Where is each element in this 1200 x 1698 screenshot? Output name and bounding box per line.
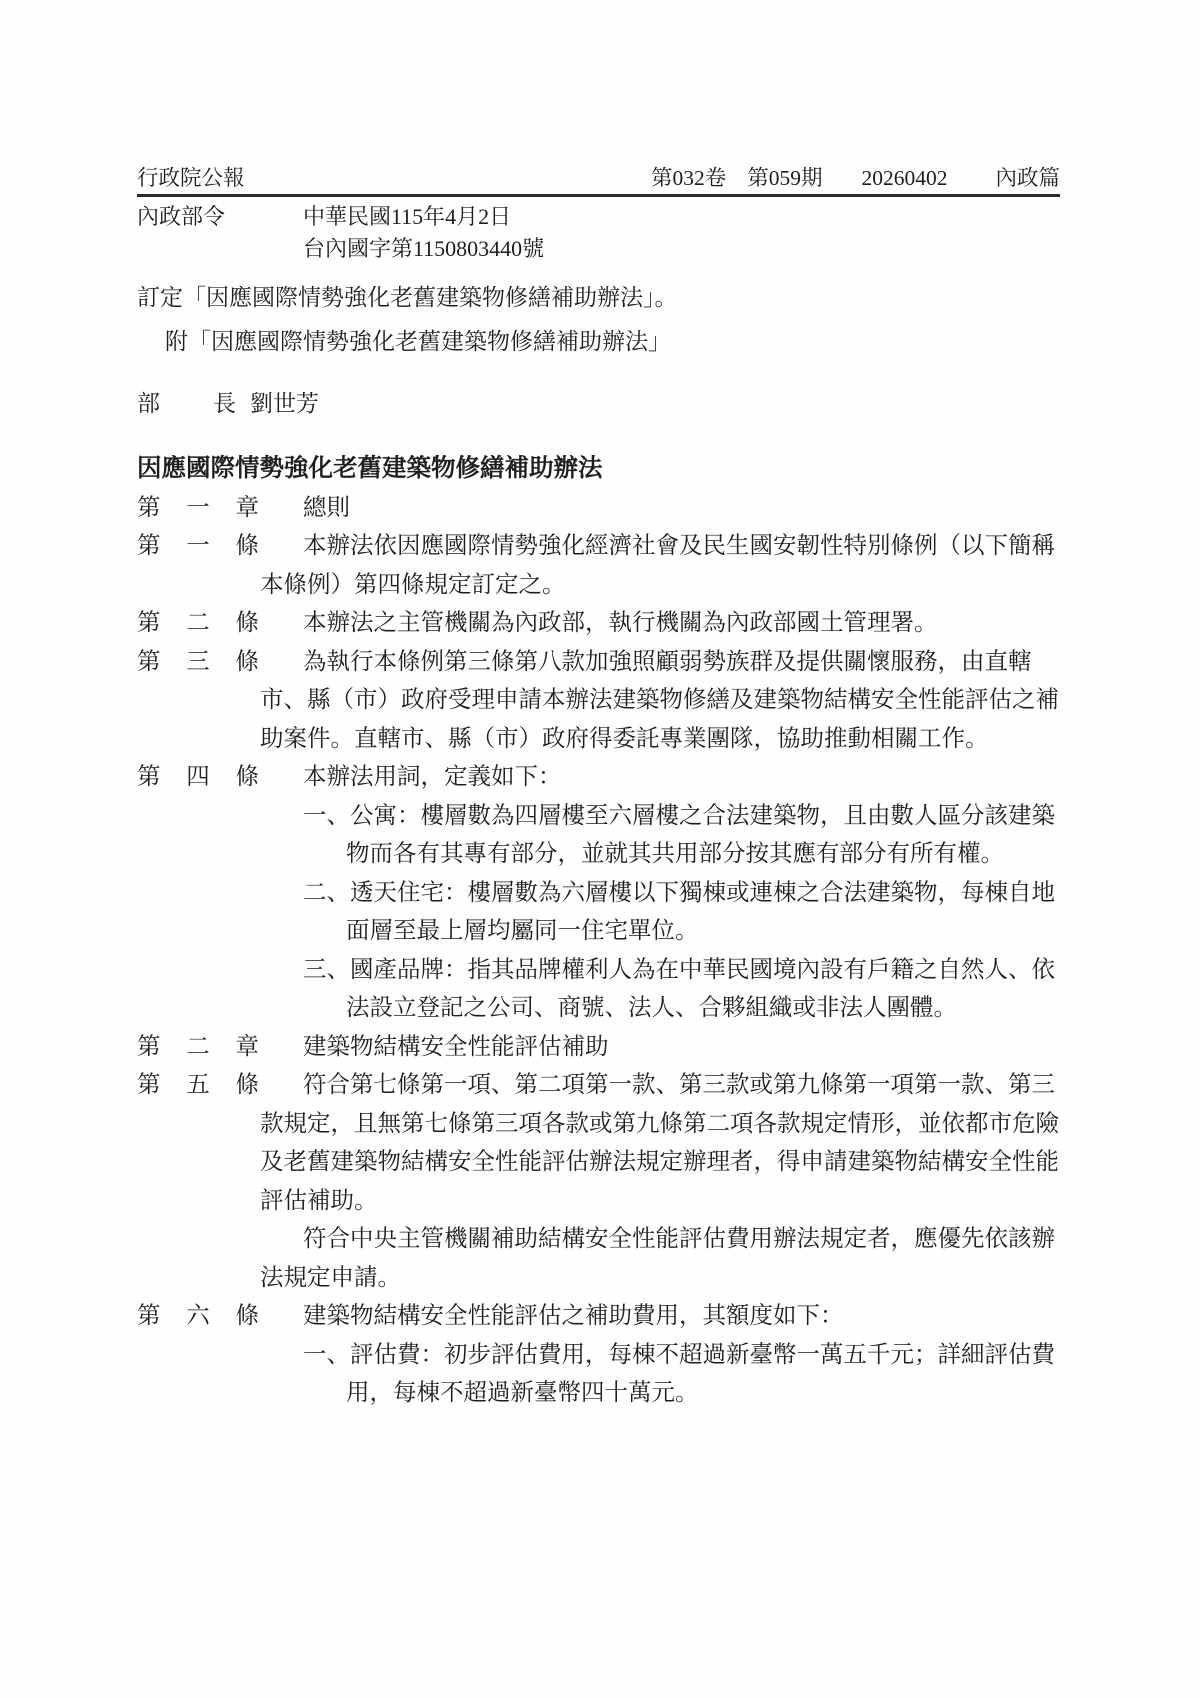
running-head-right: 第032卷 第059期 20260402 內政篇 (651, 167, 1060, 189)
article-4-item-1-text-cont: 物而各有其專有部分，並就其共用部分按其應有部分有所有權。 (137, 835, 1060, 874)
article-5-text-cont-3: 評估補助。 (137, 1182, 1060, 1221)
running-head: 行政院公報 第032卷 第059期 20260402 內政篇 (137, 167, 1060, 197)
order-heading: 內政部令 中華民國115年4月2日 台內國字第1150803440號 (137, 201, 1060, 265)
article-2-line-1: 第二條 本辦法之主管機關為內政部，執行機關為內政部國土管理署。 (137, 604, 1060, 643)
article-3-label: 第三條 (137, 643, 259, 682)
decree-statement: 訂定「因應國際情勢強化老舊建築物修繕補助辦法」。 附「因應國際情勢強化老舊建築物… (137, 279, 1060, 361)
issue-date: 20260402 (861, 167, 947, 189)
article-3-line-3: 助案件。直轄市、縣（市）政府得委託專業團隊，協助推動相關工作。 (137, 720, 1060, 759)
article-4-item-1-line-2: 物而各有其專有部分，並就其共用部分按其應有部分有所有權。 (137, 835, 1060, 874)
article-5-line-1: 第五條 符合第七條第一項、第二項第一款、第三款或第九條第一項第一款、第三 (137, 1066, 1060, 1105)
article-5-para-2-text-cont: 法規定申請。 (137, 1259, 1060, 1298)
article-4-item-1-line-1: 一、公寓：樓層數為四層樓至六層樓之合法建築物，且由數人區分該建築 (137, 797, 1060, 836)
article-2-text: 本辦法之主管機關為內政部，執行機關為內政部國土管理署。 (137, 604, 1060, 643)
section-name: 內政篇 (995, 167, 1060, 189)
article-4-label: 第四條 (137, 758, 259, 797)
chapter-2-label: 第二章 (137, 1028, 259, 1067)
gazette-page: 行政院公報 第032卷 第059期 20260402 內政篇 內政部令 中華民國… (0, 0, 1200, 1698)
article-1-text: 本辦法依因應國際情勢強化經濟社會及民生國安韌性特別條例（以下簡稱 (137, 527, 1060, 566)
issuing-agency: 內政部令 (137, 201, 303, 265)
order-date-block: 中華民國115年4月2日 台內國字第1150803440號 (303, 201, 544, 265)
article-5-line-3: 及老舊建築物結構安全性能評估辦法規定辦理者，得申請建築物結構安全性能 (137, 1143, 1060, 1182)
article-1-line-2: 本條例）第四條規定訂定之。 (137, 566, 1060, 605)
chapter-2-title: 建築物結構安全性能評估補助 (137, 1028, 1060, 1067)
article-6-line-1: 第六條 建築物結構安全性能評估之補助費用，其額度如下： (137, 1297, 1060, 1336)
article-4-item-1-text: 一、公寓：樓層數為四層樓至六層樓之合法建築物，且由數人區分該建築 (137, 797, 1060, 836)
article-4-item-2-text: 二、透天住宅：樓層數為六層樓以下獨棟或連棟之合法建築物，每棟自地 (137, 874, 1060, 913)
article-5-para-2-line-1: 符合中央主管機關補助結構安全性能評估費用辦法規定者，應優先依該辦 (137, 1220, 1060, 1259)
article-4-line-1: 第四條 本辦法用詞，定義如下： (137, 758, 1060, 797)
volume-number: 第032卷 (651, 167, 726, 189)
article-4-item-3-text: 三、國產品牌：指其品牌權利人為在中華民國境內設有戶籍之自然人、依 (137, 951, 1060, 990)
article-4-item-3-text-cont: 法設立登記之公司、商號、法人、合夥組織或非法人團體。 (137, 989, 1060, 1028)
article-3-text: 為執行本條例第三條第八款加強照顧弱勢族群及提供關懷服務，由直轄 (137, 643, 1060, 682)
article-6-label: 第六條 (137, 1297, 259, 1336)
order-ref-number: 台內國字第1150803440號 (303, 233, 544, 265)
article-4-item-3-line-1: 三、國產品牌：指其品牌權利人為在中華民國境內設有戶籍之自然人、依 (137, 951, 1060, 990)
article-1-text-cont: 本條例）第四條規定訂定之。 (137, 566, 1060, 605)
article-4-item-2-text-cont: 面層至最上層均屬同一住宅單位。 (137, 912, 1060, 951)
page-content: 行政院公報 第032卷 第059期 20260402 內政篇 內政部令 中華民國… (137, 0, 1060, 1413)
article-6-item-1-line-1: 一、評估費：初步評估費用，每棟不超過新臺幣一萬五千元；詳細評估費 (137, 1336, 1060, 1375)
article-5-text-cont-2: 及老舊建築物結構安全性能評估辦法規定辦理者，得申請建築物結構安全性能 (137, 1143, 1060, 1182)
article-5-label: 第五條 (137, 1066, 259, 1105)
article-4-item-3-line-2: 法設立登記之公司、商號、法人、合夥組織或非法人團體。 (137, 989, 1060, 1028)
article-1-line-1: 第一條 本辦法依因應國際情勢強化經濟社會及民生國安韌性特別條例（以下簡稱 (137, 527, 1060, 566)
article-4-item-2-line-2: 面層至最上層均屬同一住宅單位。 (137, 912, 1060, 951)
article-6-item-1-line-2: 用，每棟不超過新臺幣四十萬元。 (137, 1374, 1060, 1413)
article-5-text: 符合第七條第一項、第二項第一款、第三款或第九條第一項第一款、第三 (137, 1066, 1060, 1105)
article-3-line-2: 市、縣（市）政府受理申請本辦法建築物修繕及建築物結構安全性能評估之補 (137, 681, 1060, 720)
article-3-text-cont-2: 助案件。直轄市、縣（市）政府得委託專業團隊，協助推動相關工作。 (137, 720, 1060, 759)
decree-line-2: 附「因應國際情勢強化老舊建築物修繕補助辦法」 (137, 323, 1060, 361)
chapter-2-heading: 第二章 建築物結構安全性能評估補助 (137, 1028, 1060, 1067)
article-6-item-1-text-cont: 用，每棟不超過新臺幣四十萬元。 (137, 1374, 1060, 1413)
article-6-item-1-text: 一、評估費：初步評估費用，每棟不超過新臺幣一萬五千元；詳細評估費 (137, 1336, 1060, 1375)
article-3-text-cont-1: 市、縣（市）政府受理申請本辦法建築物修繕及建築物結構安全性能評估之補 (137, 681, 1060, 720)
minister-title-char-1: 部 (137, 391, 160, 416)
chapter-1-title: 總則 (137, 489, 1060, 528)
article-5-line-4: 評估補助。 (137, 1182, 1060, 1221)
chapter-1-heading: 第一章 總則 (137, 489, 1060, 528)
article-5-para-2-text: 符合中央主管機關補助結構安全性能評估費用辦法規定者，應優先依該辦 (137, 1220, 1060, 1259)
issue-number: 第059期 (747, 167, 822, 189)
article-1-label: 第一條 (137, 527, 259, 566)
publication-title: 行政院公報 (137, 167, 245, 189)
article-4-text: 本辦法用詞，定義如下： (137, 758, 1060, 797)
article-4-item-2-line-1: 二、透天住宅：樓層數為六層樓以下獨棟或連棟之合法建築物，每棟自地 (137, 874, 1060, 913)
minister-signature: 部長劉世芳 (137, 385, 1060, 423)
law-title: 因應國際情勢強化老舊建築物修繕補助辦法 (137, 450, 1060, 489)
article-5-line-2: 款規定，且無第七條第三項各款或第九條第二項各款規定情形，並依都市危險 (137, 1105, 1060, 1144)
article-5-para-2-line-2: 法規定申請。 (137, 1259, 1060, 1298)
chapter-1-label: 第一章 (137, 489, 259, 528)
article-3-line-1: 第三條 為執行本條例第三條第八款加強照顧弱勢族群及提供關懷服務，由直轄 (137, 643, 1060, 682)
minister-name: 劉世芳 (250, 391, 319, 416)
decree-line-1: 訂定「因應國際情勢強化老舊建築物修繕補助辦法」。 (137, 279, 1060, 317)
article-2-label: 第二條 (137, 604, 259, 643)
minister-title-char-2: 長 (213, 391, 236, 416)
law-body: 因應國際情勢強化老舊建築物修繕補助辦法 第一章 總則 第一條 本辦法依因應國際情… (137, 450, 1060, 1413)
article-6-text: 建築物結構安全性能評估之補助費用，其額度如下： (137, 1297, 1060, 1336)
article-5-text-cont-1: 款規定，且無第七條第三項各款或第九條第二項各款規定情形，並依都市危險 (137, 1105, 1060, 1144)
order-date: 中華民國115年4月2日 (303, 201, 544, 233)
